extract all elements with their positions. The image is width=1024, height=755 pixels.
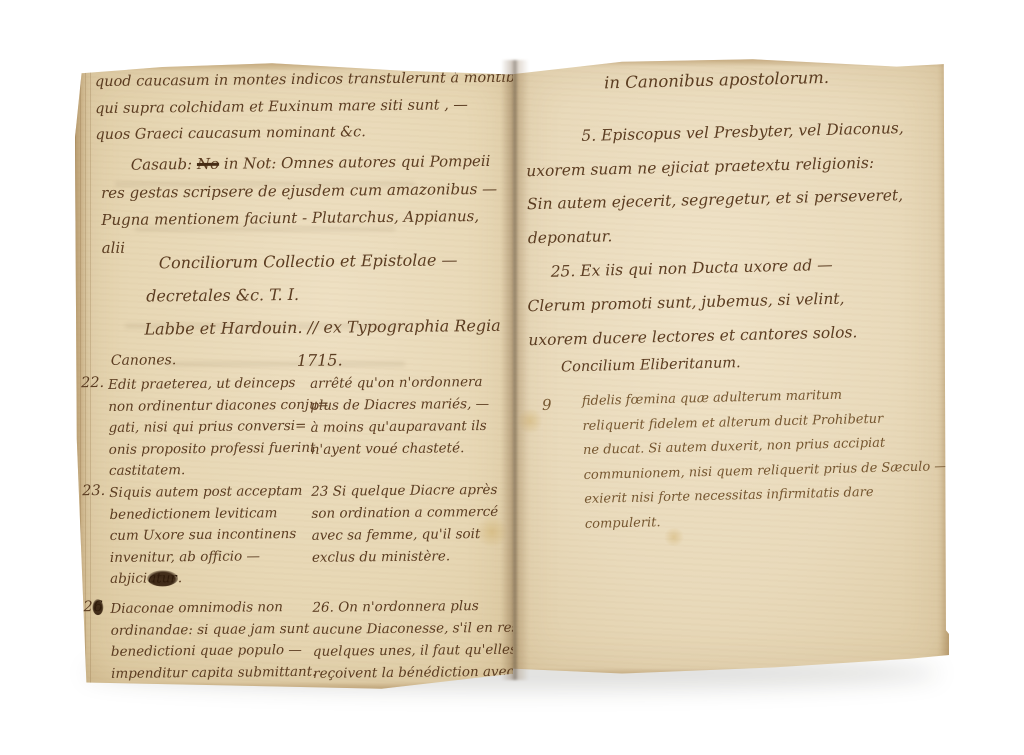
text-line: à moins qu'auparavant ils [310, 415, 513, 439]
text-line: non ordinentur diacones conju= [108, 394, 310, 418]
canon-french-text: 23 Si quelque Diacre aprèsson ordination… [311, 479, 515, 569]
canon-row-26: 26 Diaconae omnimodis nonordinandae: si … [83, 595, 516, 710]
canon-9: 9 fidelis fœmina quæ adulterum maritumre… [542, 381, 949, 538]
text-line: plus de Diacres mariés, — [310, 393, 513, 417]
council-label: Concilium Eliberitanum. [561, 355, 741, 375]
canon-latin-text: Diaconae omnimodis nonordinandae: si qua… [110, 597, 313, 685]
text-line: quelques unes, il faut qu'elles [313, 639, 533, 663]
text-line: Diaconae omnimodis non [110, 597, 312, 621]
canon-french-text: arrêté qu'on n'ordonneraplus de Diacres … [310, 371, 514, 461]
casaubon-first-line: Casaub: No in Not: Omnes autores qui Pom… [131, 148, 497, 179]
text-line: onis proposito professi fuerint [109, 437, 311, 461]
canon-latin-text: Siquis autem post acceptambenedictionem … [109, 481, 312, 591]
canon-latin-text: Edit praeterea, ut deincepsnon ordinentu… [108, 373, 311, 483]
text-line: invenitur, ab officio — [110, 545, 312, 569]
casaubon-prefix: Casaub: [131, 155, 197, 174]
title-line: decretales &c. T. I. [146, 276, 501, 313]
text-line: quos Graeci caucasum nominant &c. [95, 117, 551, 148]
text-line: impenditur capita submittant. [111, 661, 313, 685]
canon-9-lines: fidelis fœmina quæ adulterum maritumreli… [582, 381, 949, 537]
text-line: Edit praeterea, ut deinceps [108, 373, 310, 397]
text-line: quod caucasum in montes indicos transtul… [95, 64, 551, 95]
text-line: gati, nisi qui prius conversi= [108, 416, 310, 440]
canon-number: 9 [542, 393, 552, 418]
canon-row-22: 22. Edit praeterea, ut deincepsnon ordin… [81, 371, 514, 483]
text-line: aucune Diaconesse, s'il en reste [313, 617, 533, 641]
text-line: Siquis autem post acceptam [109, 481, 311, 505]
intro-paragraph: quod caucasum in montes indicos transtul… [95, 64, 552, 148]
section-label: Canones. [111, 352, 177, 369]
text-line: arrêté qu'on n'ordonnera [310, 371, 513, 395]
text-line: Pugna mentionem faciunt - Plutarchus, Ap… [101, 203, 497, 235]
right-page-content: in Canonibus apostolorum. 5. Episcopus v… [512, 49, 963, 677]
canon-5: 5. Episcopus vel Presbyter, vel Diaconus… [525, 112, 907, 255]
text-line: 23 Si quelque Diacre après [311, 479, 514, 503]
work-title: Conciliorum Collectio et Epistolae — dec… [146, 243, 502, 379]
text-line: 26. On n'ordonnera plus [312, 595, 532, 619]
text-line: castitatem. [109, 459, 311, 483]
canon-row-23: 23. Siquis autem post acceptambenedictio… [82, 479, 515, 591]
title-line: Labbe et Hardouin. // ex Typographia Reg… [144, 309, 501, 346]
text-line: n'ayent voué chasteté. [311, 437, 514, 461]
ink-blot: 6 [93, 599, 104, 615]
right-page-heading: in Canonibus apostolorum. [604, 68, 829, 92]
canon-latin-last-line: abjiciatur. [110, 567, 312, 591]
canon-number: 23. [82, 483, 109, 499]
text-line: uxorem ducere lectores et cantores solos… [528, 315, 858, 357]
text-line: avec sa femme, qu'il soit [312, 523, 515, 547]
canon-number: 26 [83, 599, 110, 615]
left-page: quod caucasum in montes indicos transtul… [75, 62, 513, 690]
casaubon-rest: in Not: Omnes autores qui Pompeii [219, 152, 491, 173]
text-line: benedictionem leviticam [109, 502, 311, 526]
canon-number: 22. [81, 375, 108, 391]
right-page: in Canonibus apostolorum. 5. Episcopus v… [513, 58, 949, 676]
text-line: exclus du ministère. [312, 545, 515, 569]
number-prefix: 2 [83, 599, 92, 615]
canon-latin-lines: Siquis autem post acceptambenedictionem … [109, 481, 312, 569]
word-suffix: . [178, 570, 182, 586]
title-line: Conciliorum Collectio et Epistolae — [159, 243, 501, 280]
text-line: benedictioni quae populo — [111, 640, 313, 664]
manuscript-photo: quod caucasum in montes indicos transtul… [0, 0, 1024, 755]
text-line: res gestas scripsere de ejusdem cum amaz… [101, 175, 497, 207]
left-page-content: quod caucasum in montes indicos transtul… [72, 60, 517, 693]
ink-blot: atur [147, 570, 178, 586]
text-line: cum Uxore sua incontinens [110, 524, 312, 548]
text-line: ordinandae: si quae jam sunt [111, 618, 313, 642]
struck-word: No [197, 155, 219, 173]
word-prefix: abjici [110, 571, 147, 587]
text-line: son ordination a commercé [311, 501, 514, 525]
canon-25: 25. Ex iis qui non Ducta uxore ad —Cleru… [526, 247, 857, 357]
